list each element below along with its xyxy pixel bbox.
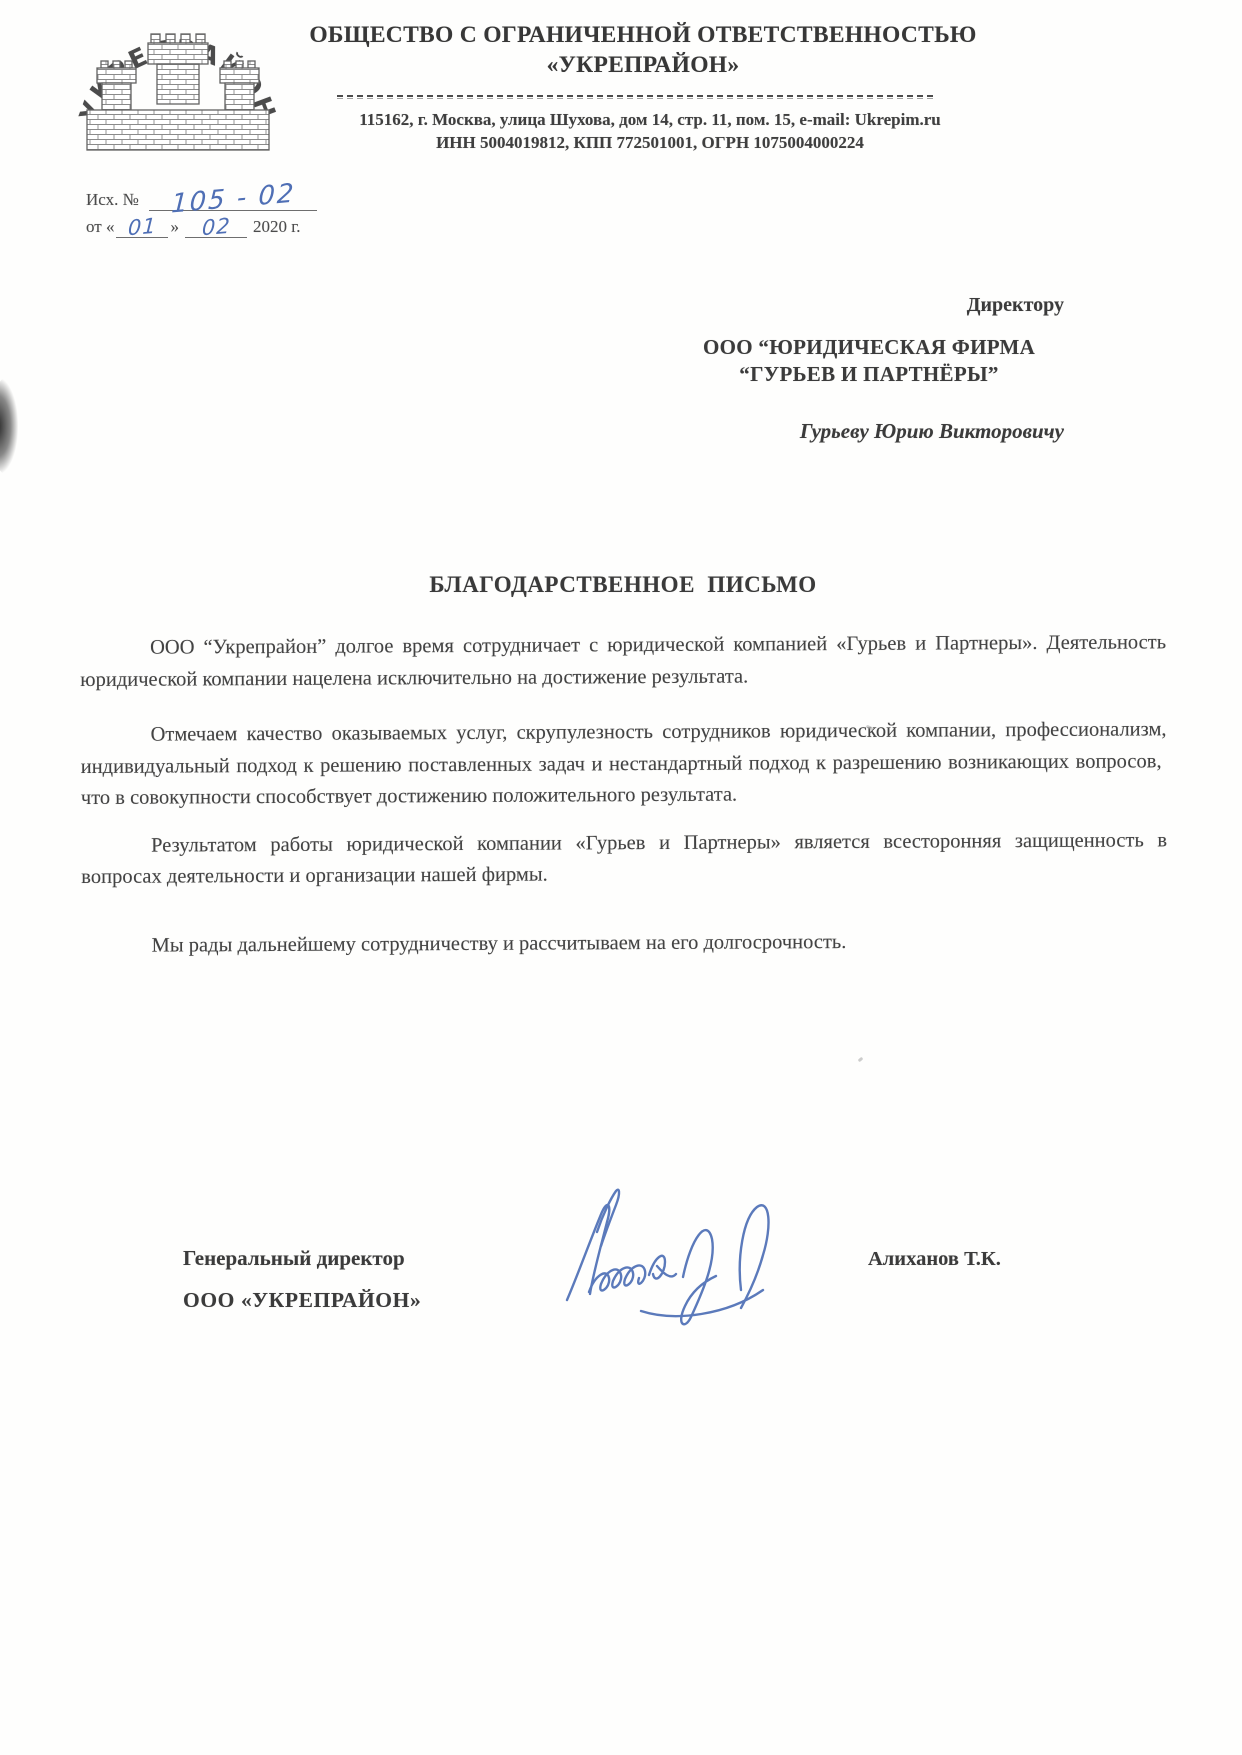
date-month-field: 02 (185, 216, 247, 238)
outgoing-date-line: от «01»022020 г. (86, 216, 317, 246)
scan-speck (858, 1057, 864, 1063)
date-close-quote: » (170, 217, 179, 236)
header-divider (337, 95, 933, 99)
date-day-value: 01 (128, 217, 158, 238)
outgoing-number-value: 105 - 02 (170, 182, 295, 215)
letter-body: ООО “Укрепрайон” долгое время сотруднича… (80, 627, 1168, 962)
date-prefix: от « (86, 217, 114, 236)
org-address: 115162, г. Москва, улица Шухова, дом 14,… (300, 110, 1000, 130)
outgoing-number-line: Исх. №105 - 02 (86, 186, 317, 216)
letter-page: УКРЕПРАЙОН ОБЩЕСТВО С ОГРАНИЧЕННОЙ ОТВЕТ… (0, 0, 1242, 1755)
signer-position-block: Генеральный директор ООО «УКРЕПРАЙОН» (183, 1246, 421, 1313)
recipient-company-line1: ООО “ЮРИДИЧЕСКАЯ ФИРМА (674, 334, 1064, 361)
paragraph-4: Мы рады дальнейшему сотрудничеству и рас… (82, 925, 1168, 962)
paragraph-1: ООО “Укрепрайон” долгое время сотруднича… (80, 627, 1166, 696)
castle-shape (87, 34, 269, 150)
signature-ink-icon (545, 1178, 825, 1343)
recipient-block: Директору ООО “ЮРИДИЧЕСКАЯ ФИРМА “ГУРЬЕВ… (674, 294, 1064, 444)
scan-smudge (0, 378, 18, 474)
paragraph-2: Отмечаем качество оказываемых услуг, скр… (80, 714, 1166, 814)
date-month-value: 02 (201, 217, 231, 238)
recipient-company-line2: “ГУРЬЕВ И ПАРТНЁРЫ” (674, 361, 1064, 388)
outgoing-number-label: Исх. № (86, 190, 139, 209)
date-year: 2020 г. (253, 217, 301, 236)
signer-position-line2: ООО «УКРЕПРАЙОН» (183, 1288, 421, 1313)
signer-position-line1: Генеральный директор (183, 1246, 421, 1271)
castle-logo-icon: УКРЕПРАЙОН (78, 4, 278, 154)
org-name-line2: «УКРЕПРАЙОН» (293, 50, 993, 80)
date-day-field: 01 (116, 216, 168, 238)
recipient-person: Гурьеву Юрию Викторовичу (674, 419, 1064, 444)
signer-name: Алиханов Т.К. (868, 1248, 1001, 1271)
org-registration-ids: ИНН 5004019812, КПП 772501001, ОГРН 1075… (300, 133, 1000, 153)
letter-title: БЛАГОДАРСТВЕННОЕ ПИСЬМО (80, 572, 1166, 598)
org-name: ОБЩЕСТВО С ОГРАНИЧЕННОЙ ОТВЕТСТВЕННОСТЬЮ… (293, 20, 993, 80)
outgoing-ref-block: Исх. №105 - 02 от «01»022020 г. (86, 186, 317, 246)
org-name-line1: ОБЩЕСТВО С ОГРАНИЧЕННОЙ ОТВЕТСТВЕННОСТЬЮ (293, 20, 993, 50)
outgoing-number-field: 105 - 02 (149, 186, 317, 211)
recipient-position: Директору (674, 294, 1064, 317)
paragraph-3: Результатом работы юридической компании … (81, 825, 1167, 894)
